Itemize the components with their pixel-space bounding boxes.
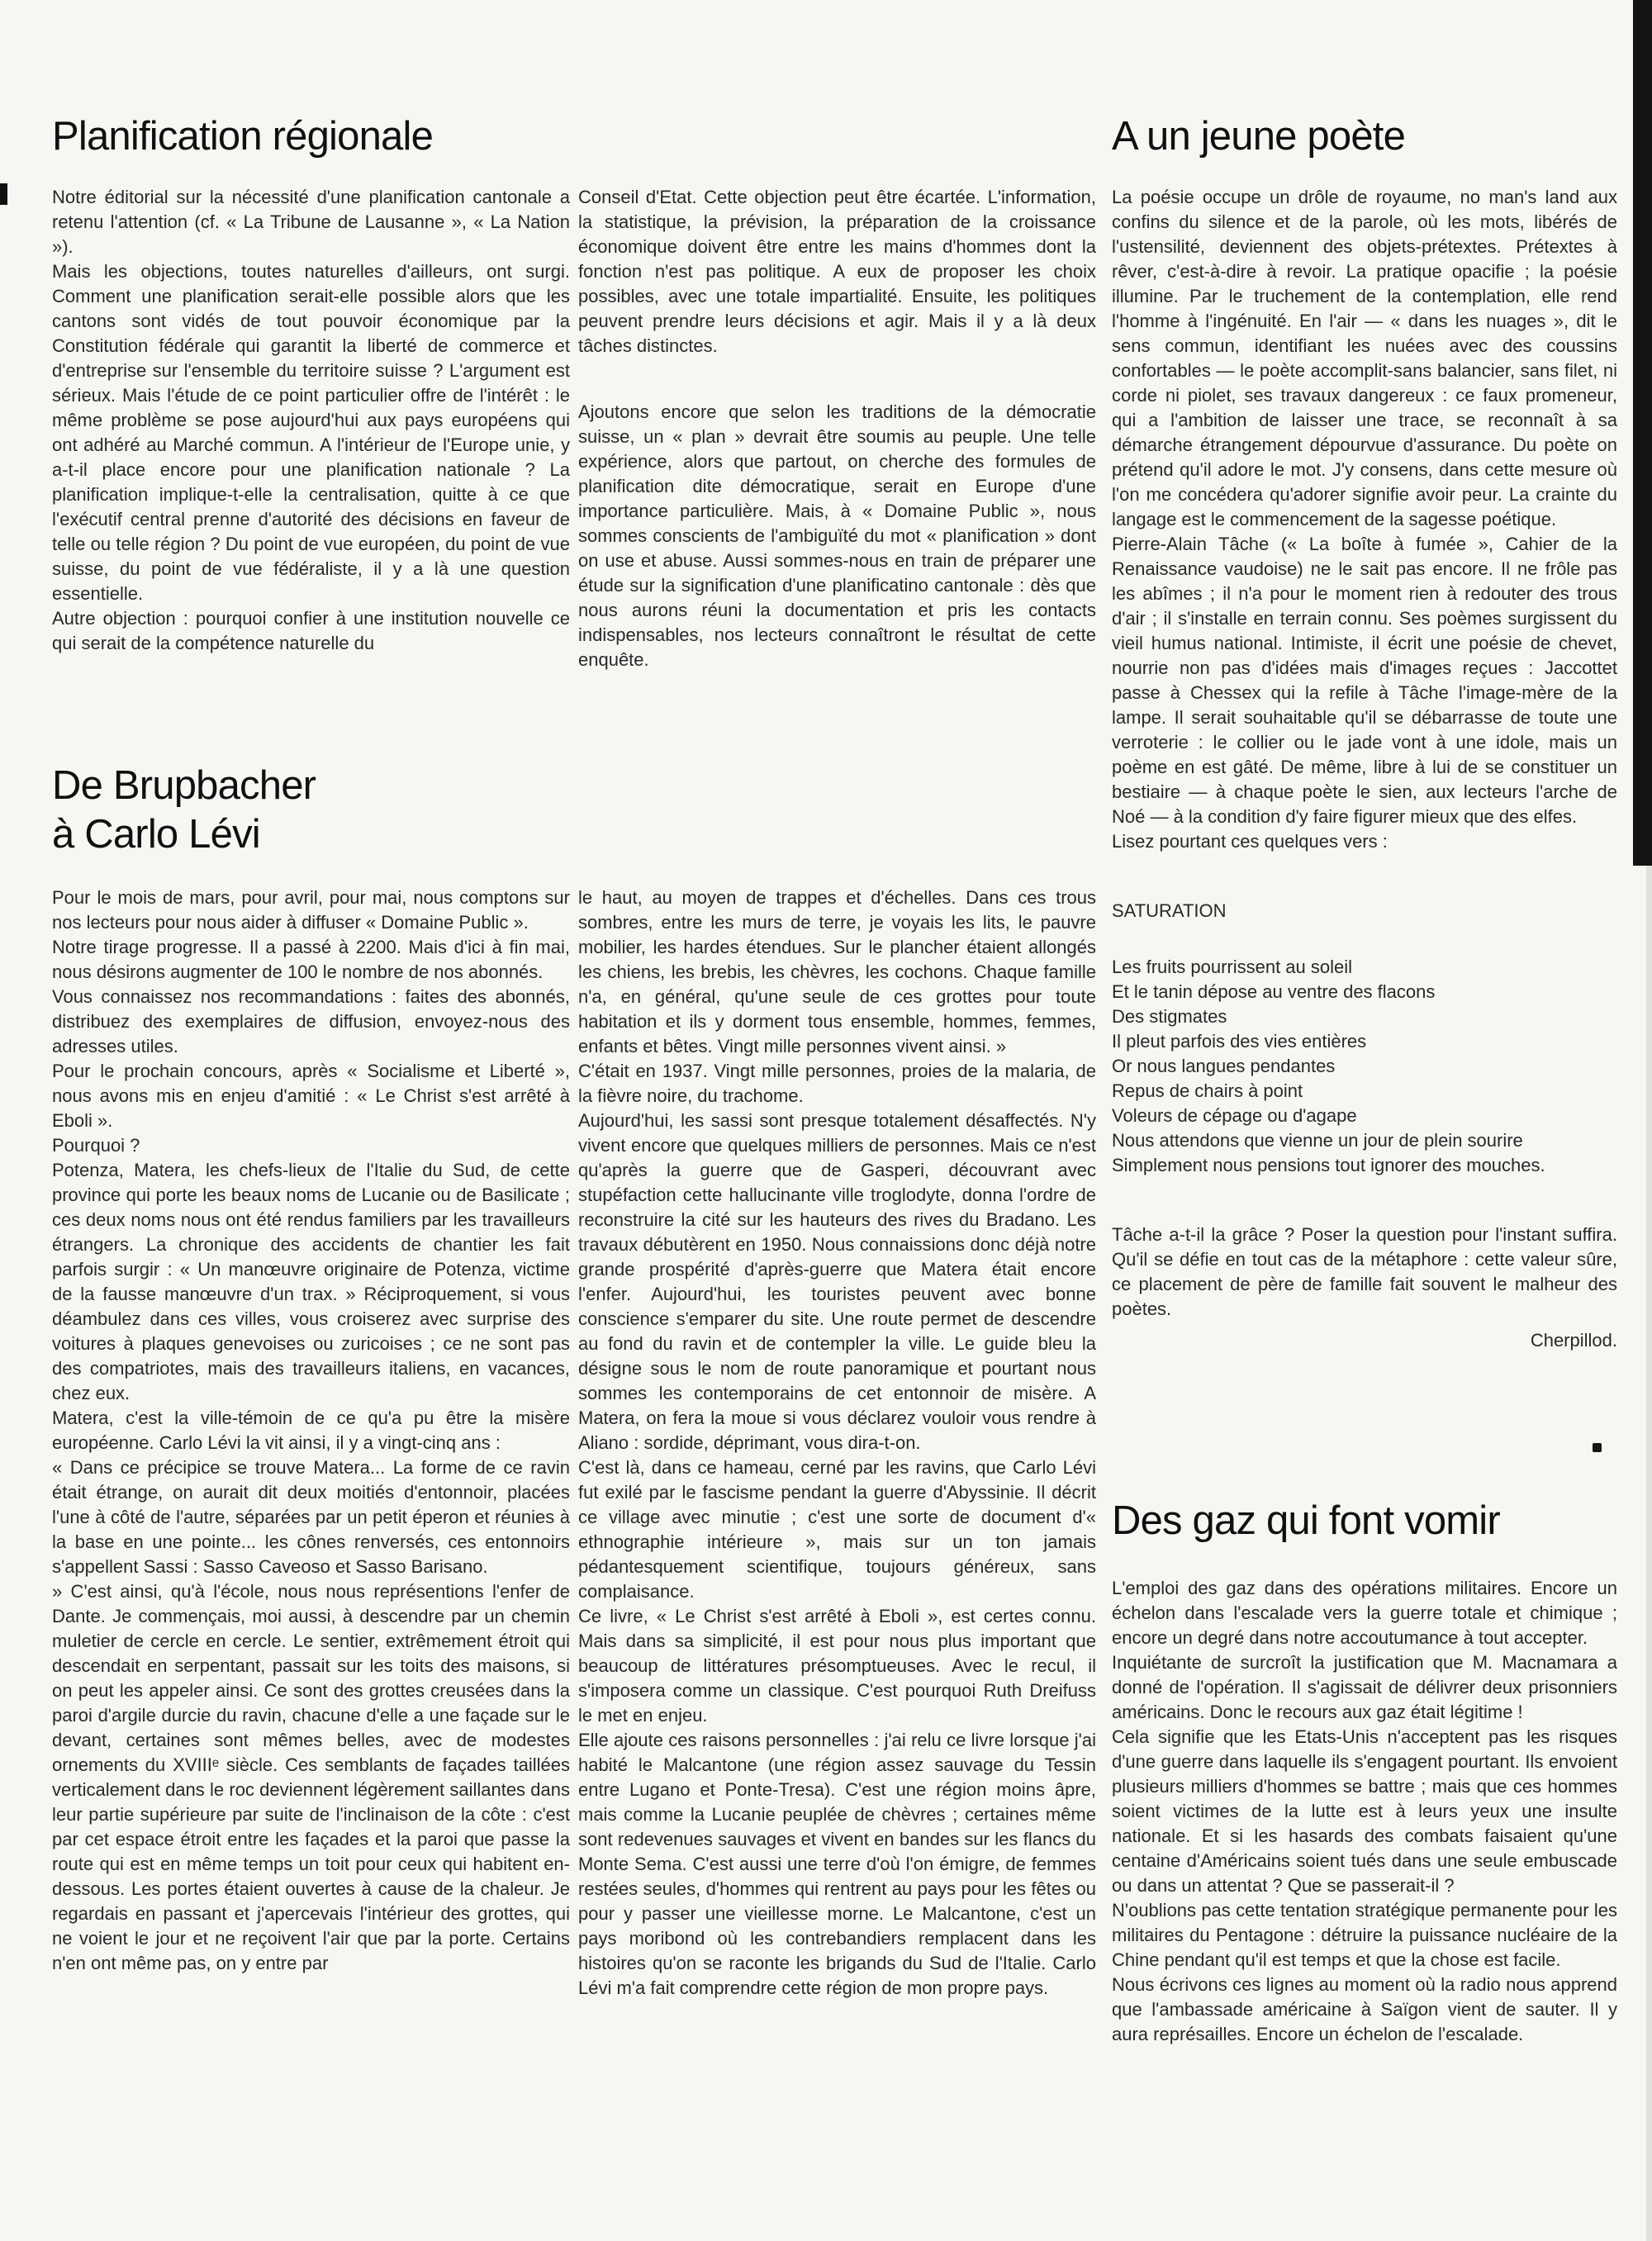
- paragraph: Pourquoi ?: [52, 1133, 570, 1158]
- right-edge-black-bar: [1633, 0, 1652, 866]
- paragraph: Pierre-Alain Tâche (« La boîte à fumée »…: [1112, 532, 1617, 829]
- paragraph: Conseil d'Etat. Cette objection peut êtr…: [578, 185, 1096, 358]
- paragraph-block: La poésie occupe un drôle de royaume, no…: [1112, 185, 1617, 854]
- paragraph: Cela signifie que les Etats-Unis n'accep…: [1112, 1725, 1617, 1898]
- planification-column-1: Notre éditorial sur la nécessité d'une p…: [52, 185, 570, 656]
- paragraph: C'était en 1937. Vingt mille personnes, …: [578, 1059, 1096, 1109]
- article-title-gaz: Des gaz qui font vomir: [1112, 1497, 1500, 1545]
- brupbacher-column-2: le haut, au moyen de trappes et d'échell…: [578, 885, 1096, 2001]
- article-title-jeune-poete: A un jeune poète: [1112, 112, 1405, 161]
- paragraph: Autre objection : pourquoi confier à une…: [52, 606, 570, 656]
- gaz-column: L'emploi des gaz dans des opérations mil…: [1112, 1576, 1617, 2047]
- paragraph: le haut, au moyen de trappes et d'échell…: [578, 885, 1096, 1059]
- paragraph: Nous attendons que vienne un jour de ple…: [1112, 1128, 1617, 1153]
- paragraph: Elle ajoute ces raisons personnelles : j…: [578, 1728, 1096, 2001]
- section-bullet-icon: [1593, 1443, 1602, 1452]
- left-edge-mark: [0, 183, 7, 205]
- poem-title: SATURATION: [1112, 899, 1617, 923]
- planification-column-2: Conseil d'Etat. Cette objection peut êtr…: [578, 185, 1096, 672]
- paragraph: Aujourd'hui, les sassi sont presque tota…: [578, 1109, 1096, 1455]
- closing-paragraph: Tâche a-t-il la grâce ? Poser la questio…: [1112, 1223, 1617, 1322]
- paragraph: Or nous langues pendantes: [1112, 1054, 1617, 1079]
- paragraph: Pour le mois de mars, pour avril, pour m…: [52, 885, 570, 935]
- paragraph: L'emploi des gaz dans des opérations mil…: [1112, 1576, 1617, 1650]
- brupbacher-column-1: Pour le mois de mars, pour avril, pour m…: [52, 885, 570, 1976]
- article-title-brupbacher: De Brupbacherà Carlo Lévi: [52, 762, 316, 859]
- paragraph: Repus de chairs à point: [1112, 1079, 1617, 1104]
- paragraph: » C'est ainsi, qu'à l'école, nous nous r…: [52, 1579, 570, 1976]
- author-signature: Cherpillod.: [1112, 1328, 1617, 1353]
- paragraph-block: Pour le mois de mars, pour avril, pour m…: [52, 885, 570, 1976]
- paragraph-block: Ajoutons encore que selon les traditions…: [578, 400, 1096, 672]
- jeune-poete-column: La poésie occupe un drôle de royaume, no…: [1112, 185, 1617, 1353]
- paragraph: Vous connaissez nos recommandations : fa…: [52, 985, 570, 1059]
- paragraph: Lisez pourtant ces quelques vers :: [1112, 829, 1617, 854]
- paragraph: « Dans ce précipice se trouve Matera... …: [52, 1455, 570, 1579]
- paragraph: Notre tirage progresse. Il a passé à 220…: [52, 935, 570, 985]
- paragraph-block: le haut, au moyen de trappes et d'échell…: [578, 885, 1096, 2001]
- paragraph: Voleurs de cépage ou d'agape: [1112, 1104, 1617, 1128]
- paragraph: C'est là, dans ce hameau, cerné par les …: [578, 1455, 1096, 1604]
- paragraph: Potenza, Matera, les chefs-lieux de l'It…: [52, 1158, 570, 1406]
- paragraph: N'oublions pas cette tentation stratégiq…: [1112, 1898, 1617, 1973]
- paragraph-block: Conseil d'Etat. Cette objection peut êtr…: [578, 185, 1096, 358]
- paragraph-block: L'emploi des gaz dans des opérations mil…: [1112, 1576, 1617, 2047]
- article-title-planification: Planification régionale: [52, 112, 433, 161]
- paragraph: Notre éditorial sur la nécessité d'une p…: [52, 185, 570, 259]
- paragraph: Mais les objections, toutes naturelles d…: [52, 259, 570, 606]
- paragraph: Nous écrivons ces lignes au moment où la…: [1112, 1973, 1617, 2047]
- paragraph: Simplement nous pensions tout ignorer de…: [1112, 1153, 1617, 1178]
- paragraph: Et le tanin dépose au ventre des flacons: [1112, 980, 1617, 1004]
- poem-lines: Les fruits pourrissent au soleilEt le ta…: [1112, 955, 1617, 1178]
- paragraph: Les fruits pourrissent au soleil: [1112, 955, 1617, 980]
- title-line-2: à Carlo Lévi: [52, 812, 260, 857]
- paragraph: Des stigmates: [1112, 1004, 1617, 1029]
- paragraph: Ajoutons encore que selon les traditions…: [578, 400, 1096, 672]
- paragraph: Inquiétante de surcroît la justification…: [1112, 1650, 1617, 1725]
- newspaper-page: Planification régionale Notre éditorial …: [0, 0, 1652, 2241]
- paragraph: Pour le prochain concours, après « Socia…: [52, 1059, 570, 1133]
- title-line-1: De Brupbacher: [52, 763, 316, 808]
- paragraph: Ce livre, « Le Christ s'est arrêté à Ebo…: [578, 1604, 1096, 1728]
- paragraph: La poésie occupe un drôle de royaume, no…: [1112, 185, 1617, 532]
- paragraph-block: Notre éditorial sur la nécessité d'une p…: [52, 185, 570, 656]
- paragraph: Il pleut parfois des vies entières: [1112, 1029, 1617, 1054]
- paragraph: Matera, c'est la ville-témoin de ce qu'a…: [52, 1406, 570, 1455]
